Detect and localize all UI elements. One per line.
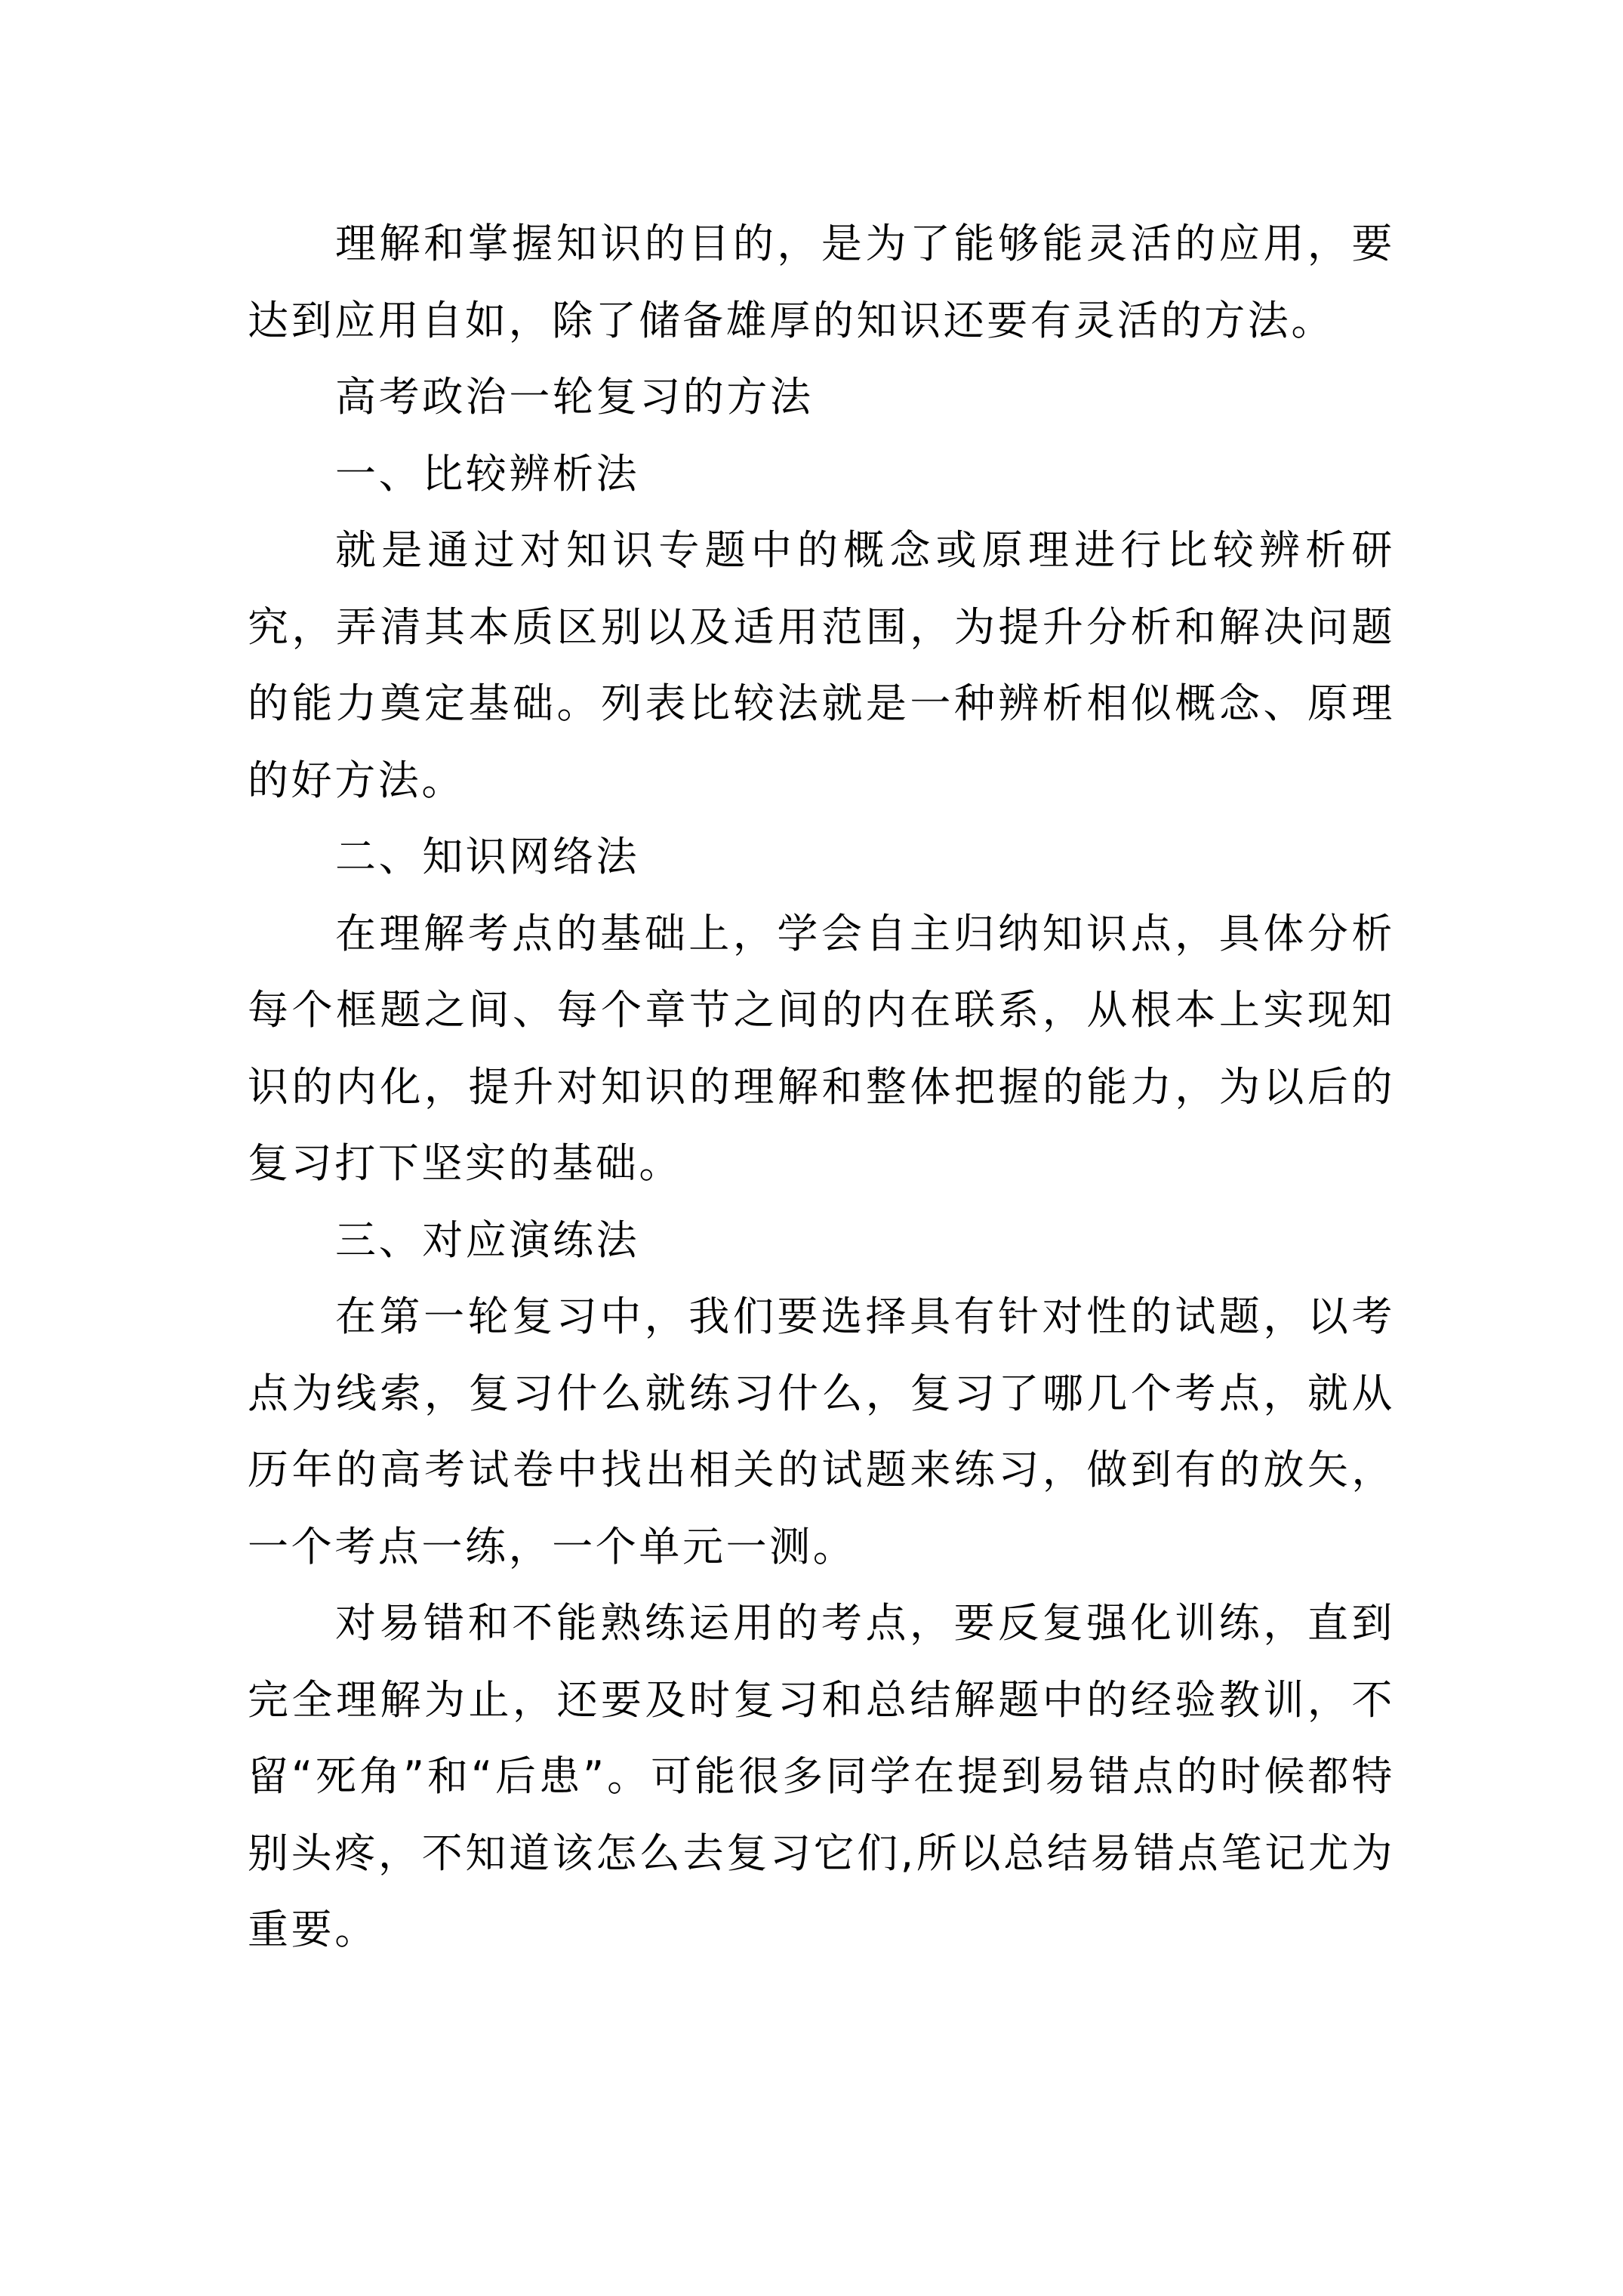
section-title: 高考政治一轮复习的方法 xyxy=(248,359,1395,436)
method-2-heading: 二、知识网络法 xyxy=(248,818,1395,895)
method-1-heading: 一、比较辨析法 xyxy=(248,436,1395,513)
error-review-paragraph: 对易错和不能熟练运用的考点，要反复强化训练，直到完全理解为止，还要及时复习和总结… xyxy=(248,1585,1395,1968)
method-3-heading: 三、对应演练法 xyxy=(248,1202,1395,1279)
method-1-paragraph: 就是通过对知识专题中的概念或原理进行比较辨析研究，弄清其本质区别以及适用范围，为… xyxy=(248,512,1395,818)
intro-paragraph: 理解和掌握知识的目的，是为了能够能灵活的应用，要达到应用自如，除了储备雄厚的知识… xyxy=(248,205,1395,359)
method-3-paragraph: 在第一轮复习中，我们要选择具有针对性的试题，以考点为线索，复习什么就练习什么，复… xyxy=(248,1278,1395,1585)
document-page: 理解和掌握知识的目的，是为了能够能灵活的应用，要达到应用自如，除了储备雄厚的知识… xyxy=(248,205,1395,1968)
method-2-paragraph: 在理解考点的基础上，学会自主归纳知识点，具体分析每个框题之间、每个章节之间的内在… xyxy=(248,895,1395,1202)
